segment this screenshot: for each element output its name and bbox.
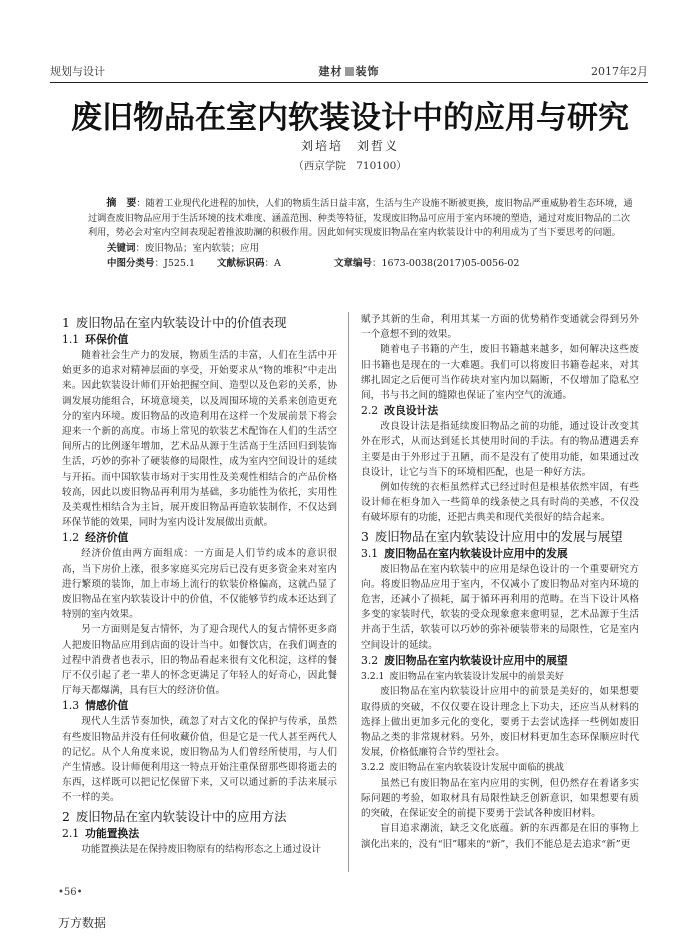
abstract: 摘 要：随着工业现代化进程的加快，人们的物质生活日益丰富，生活与生产设施不断被更… xyxy=(88,197,633,241)
column-divider xyxy=(348,312,349,872)
paragraph: 现代人生活节奏加快，疏忽了对古文化的保护与传承，虽然有些废旧物品并没有任何收藏价… xyxy=(62,714,337,805)
watermark: 万方数据 xyxy=(58,914,106,931)
subsection-heading: 1.2经济价值 xyxy=(62,530,337,546)
paragraph: 改良设计法是指延续废旧物品之前的功能，通过设计改变其外在形式，从而达到延长其使用… xyxy=(361,419,639,480)
paragraph: 随着社会生产力的发展，物质生活的丰富，人们在生活中开始更多的追求对精神层面的享受… xyxy=(62,348,337,530)
subsection-heading: 3.1废旧物品在室内软装设计应用中的发展 xyxy=(361,546,639,562)
header-date: 2017年2月 xyxy=(591,63,648,79)
keywords: 关键词：废旧物品；室内软装；应用 xyxy=(107,241,633,256)
subsection-heading: 1.3情感价值 xyxy=(62,698,337,714)
running-header: 规划与设计 建材装饰 2017年2月 xyxy=(50,63,648,83)
paragraph: 赋予其新的生命，利用其某一方面的优势稍作变通就会得到另外一个意想不到的效果。 xyxy=(361,312,639,342)
paragraph: 废旧物品在室内软装中的应用是绿色设计的一个重要研究方向。将废旧物品应用于室内，不… xyxy=(361,562,639,653)
paper-title: 废旧物品在室内软装设计中的应用与研究 xyxy=(0,92,700,137)
subsection-heading: 3.2废旧物品在室内软装设计应用中的展望 xyxy=(361,653,639,669)
header-rule xyxy=(50,82,648,83)
section-heading: 2废旧物品在室内软装设计中的应用方法 xyxy=(62,807,337,826)
classification-line: 中图分类号：J525.1 文献标识码：A 文章编号：1673-0038(2017… xyxy=(107,256,633,271)
paragraph: 经济价值由两方面组成：一方面是人们节约成本的意识很高，当下房价上涨，很多家庭买完… xyxy=(62,546,337,622)
subsubsection-heading: 3.2.1废旧物品在室内软装设计发展中的前景美好 xyxy=(361,669,639,685)
paragraph: 另一方面则是复古情怀，为了迎合现代人的复古情怀更多商人把废旧物品应用到店面的设计… xyxy=(62,622,337,698)
journal-name: 建材装饰 xyxy=(50,63,648,79)
section-heading: 3废旧物品在室内软装设计应用中的发展与展望 xyxy=(361,527,639,546)
paragraph: 虽然已有废旧物品在室内应用的实例，但仍然存在着诸多实际问题的考验，如取材具有局限… xyxy=(361,776,639,822)
journal-logo-icon xyxy=(345,67,354,76)
left-column: 1废旧物品在室内软装设计中的价值表现 1.1环保价值 随着社会生产力的发展，物质… xyxy=(62,312,337,857)
paragraph: 功能置换法是在保持废旧物原有的结构形态之上通过设计 xyxy=(62,842,337,857)
subsubsection-heading: 3.2.2废旧物品在室内软装设计发展中面临的挑战 xyxy=(361,760,639,776)
affiliation: （西京学院 710100） xyxy=(0,158,700,173)
paragraph: 废旧物品在室内软装设计应用中的前景是美好的，如果想要取得质的突破，不仅仅要在设计… xyxy=(361,684,639,760)
paragraph: 盲目追求潮流，缺乏文化底蕴。新的东西都是在旧的事物上演化出来的，没有“旧”哪来的… xyxy=(361,821,639,851)
paragraph: 随着电子书籍的产生，废旧书籍越来越多，如何解决这些废旧书籍也是现在的一大难题。我… xyxy=(361,342,639,403)
subsection-heading: 2.1功能置换法 xyxy=(62,826,337,842)
section-heading: 1废旧物品在室内软装设计中的价值表现 xyxy=(62,313,337,332)
authors: 刘培培 刘哲义 xyxy=(0,137,700,154)
page-number: •56• xyxy=(58,887,83,898)
abstract-block: 摘 要：随着工业现代化进程的加快，人们的物质生活日益丰富，生活与生产设施不断被更… xyxy=(88,197,633,271)
subsection-heading: 2.2改良设计法 xyxy=(361,403,639,419)
right-column: 赋予其新的生命，利用其某一方面的优势稍作变通就会得到另外一个意想不到的效果。 随… xyxy=(361,312,639,852)
paragraph: 例如传统的衣柜虽然样式已经过时但是根基依然牢固，有些设计师在柜身加入一些简单的线… xyxy=(361,480,639,526)
subsection-heading: 1.1环保价值 xyxy=(62,332,337,348)
